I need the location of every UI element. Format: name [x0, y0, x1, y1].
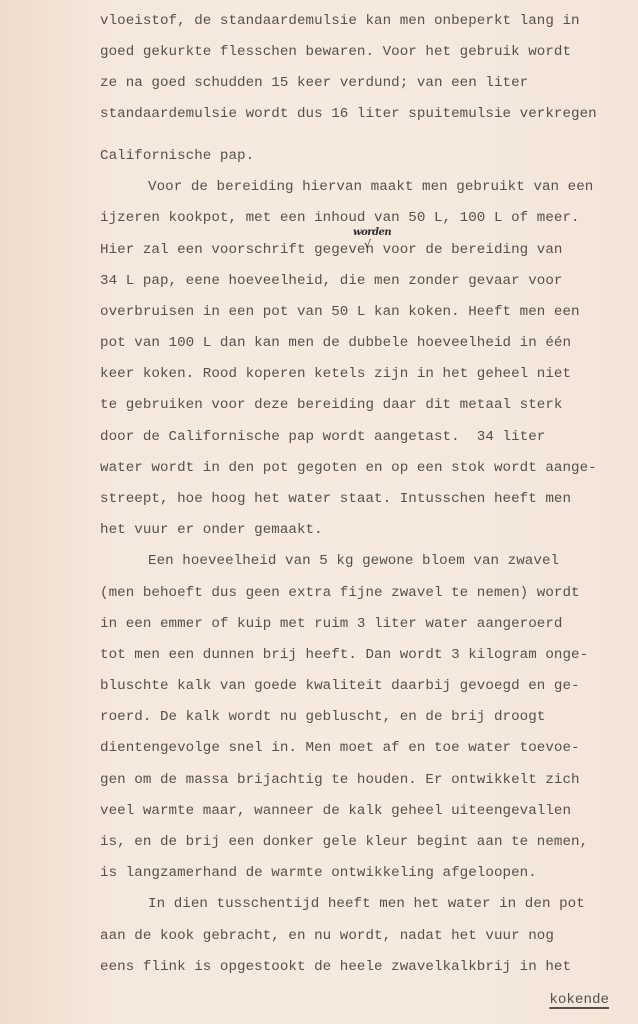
text-line: eens flink is opgestookt de heele zwavel…: [100, 957, 571, 977]
text-line: pot van 100 L dan kan men de dubbele hoe…: [100, 333, 571, 353]
handwritten-insertion: worden: [353, 227, 391, 238]
text-line: streept, hoe hoog het water staat. Intus…: [100, 489, 571, 509]
text-line: aan de kook gebracht, en nu wordt, nadat…: [100, 926, 554, 946]
text-line: gen om de massa brijachtig te houden. Er…: [100, 770, 580, 790]
catchword: kokende: [549, 990, 609, 1010]
text-line: tot men een dunnen brij heeft. Dan wordt…: [100, 645, 588, 665]
text-line: standaardemulsie wordt dus 16 liter spui…: [100, 104, 597, 124]
text-line: overbruisen in een pot van 50 L kan koke…: [100, 302, 580, 322]
insertion-caret-icon: √: [364, 238, 371, 251]
text-line: in een emmer of kuip met ruim 3 liter wa…: [100, 614, 562, 634]
text-line: vloeistof, de standaardemulsie kan men o…: [100, 11, 580, 31]
text-line: ijzeren kookpot, met een inhoud van 50 L…: [100, 208, 580, 228]
text-line: 34 L pap, eene hoeveelheid, die men zond…: [100, 271, 562, 291]
text-line: te gebruiken voor deze bereiding daar di…: [100, 395, 562, 415]
text-line: Californische pap.: [100, 146, 254, 166]
typewritten-page: vloeistof, de standaardemulsie kan men o…: [0, 0, 638, 1024]
text-line: Hier zal een voorschrift gegeven voor de…: [100, 240, 562, 260]
text-line: is, en de brij een donker gele kleur beg…: [100, 832, 588, 852]
text-line: keer koken. Rood koperen ketels zijn in …: [100, 364, 571, 384]
text-line: goed gekurkte flesschen bewaren. Voor he…: [100, 42, 571, 62]
text-line: In dien tusschentijd heeft men het water…: [148, 894, 585, 914]
text-line: het vuur er onder gemaakt.: [100, 520, 323, 540]
text-line: veel warmte maar, wanneer de kalk geheel…: [100, 801, 571, 821]
text-line: Voor de bereiding hiervan maakt men gebr…: [148, 177, 593, 197]
text-line: bluschte kalk van goede kwaliteit daarbi…: [100, 676, 580, 696]
text-line: (men behoeft dus geen extra fijne zwavel…: [100, 583, 580, 603]
text-line: ze na goed schudden 15 keer verdund; van…: [100, 73, 528, 93]
text-line: door de Californische pap wordt aangetas…: [100, 427, 545, 447]
text-line: is langzamerhand de warmte ontwikkeling …: [100, 863, 537, 883]
text-line: dientengevolge snel in. Men moet af en t…: [100, 738, 580, 758]
text-line: Een hoeveelheid van 5 kg gewone bloem va…: [148, 551, 559, 571]
text-line: roerd. De kalk wordt nu gebluscht, en de…: [100, 707, 545, 727]
text-line: water wordt in den pot gegoten en op een…: [100, 458, 597, 478]
